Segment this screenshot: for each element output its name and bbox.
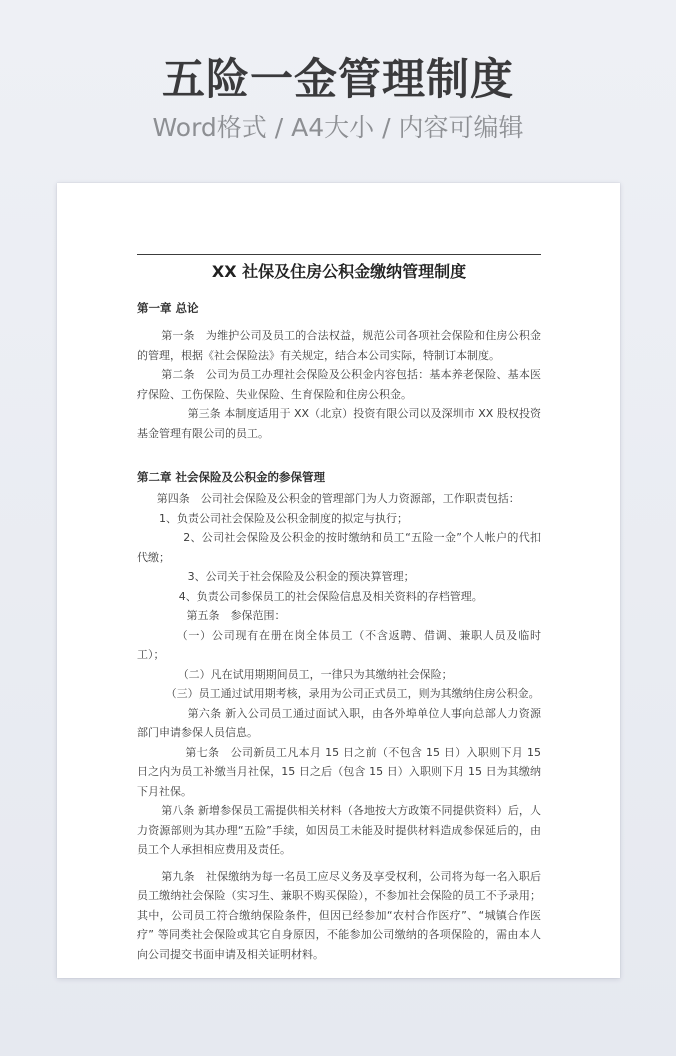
title-rule — [137, 254, 541, 255]
paragraph-article-3: 第三条 本制度适用于 XX（北京）投资有限公司以及深圳市 XX 股权投资基金管理… — [137, 404, 541, 443]
paragraph-article-9: 第九条 社保缴纳为每一名员工应尽义务及享受权利，公司将为每一名入职后员工缴纳社会… — [137, 867, 541, 965]
paragraph-article-7: 第七条 公司新员工凡本月 15 日之前（不包含 15 日）入职则下月 15 日之… — [137, 743, 541, 802]
paragraph-article-8: 第八条 新增参保员工需提供相关材料（各地按大方政策不同提供资料）后，人力资源部则… — [137, 801, 541, 860]
document-title: XX 社保及住房公积金缴纳管理制度 — [137, 261, 541, 283]
paragraph-sub-item-1: （一）公司现有在册在岗全体员工（不含返聘、借调、兼职人员及临时工）； — [137, 626, 541, 665]
chapter-2-heading: 第二章 社会保险及公积金的参保管理 — [137, 469, 541, 485]
paragraph-article-2: 第二条 公司为员工办理社会保险及公积金内容包括：基本养老保险、基本医疗保险、工伤… — [137, 365, 541, 404]
template-title: 五险一金管理制度 — [0, 56, 676, 104]
paragraph-list-item-4: 4、负责公司参保员工的社会保险信息及相关资料的存档管理。 — [137, 587, 541, 607]
paragraph-list-item-1: 1、负责公司社会保险及公积金制度的拟定与执行； — [137, 509, 541, 529]
template-preview-canvas: 五险一金管理制度 Word格式 / A4大小 / 内容可编辑 XX 社保及住房公… — [0, 0, 676, 1056]
paragraph-article-6: 第六条 新入公司员工通过面试入职，由各外埠单位人事向总部人力资源部门申请参保人员… — [137, 704, 541, 743]
template-header: 五险一金管理制度 Word格式 / A4大小 / 内容可编辑 — [0, 0, 676, 142]
paragraph-article-1: 第一条 为维护公司及员工的合法权益，规范公司各项社会保险和住房公积金的管理，根据… — [137, 326, 541, 365]
document-page: XX 社保及住房公积金缴纳管理制度 第一章 总论 第一条 为维护公司及员工的合法… — [57, 183, 620, 978]
paragraph-list-item-2: 2、公司社会保险及公积金的按时缴纳和员工“五险一金”个人帐户的代扣代缴； — [137, 528, 541, 567]
template-subtitle: Word格式 / A4大小 / 内容可编辑 — [0, 114, 676, 142]
paragraph-article-5: 第五条 参保范围： — [137, 606, 541, 626]
paragraph-sub-item-3: （三）员工通过试用期考核，录用为公司正式员工，则为其缴纳住房公积金。 — [137, 684, 541, 704]
paragraph-list-item-3: 3、公司关于社会保险及公积金的预决算管理； — [137, 567, 541, 587]
chapter-1-heading: 第一章 总论 — [137, 300, 541, 316]
paragraph-sub-item-2: （二）凡在试用期期间员工，一律只为其缴纳社会保险； — [137, 665, 541, 685]
paragraph-article-4: 第四条 公司社会保险及公积金的管理部门为人力资源部，工作职责包括： — [137, 489, 541, 509]
